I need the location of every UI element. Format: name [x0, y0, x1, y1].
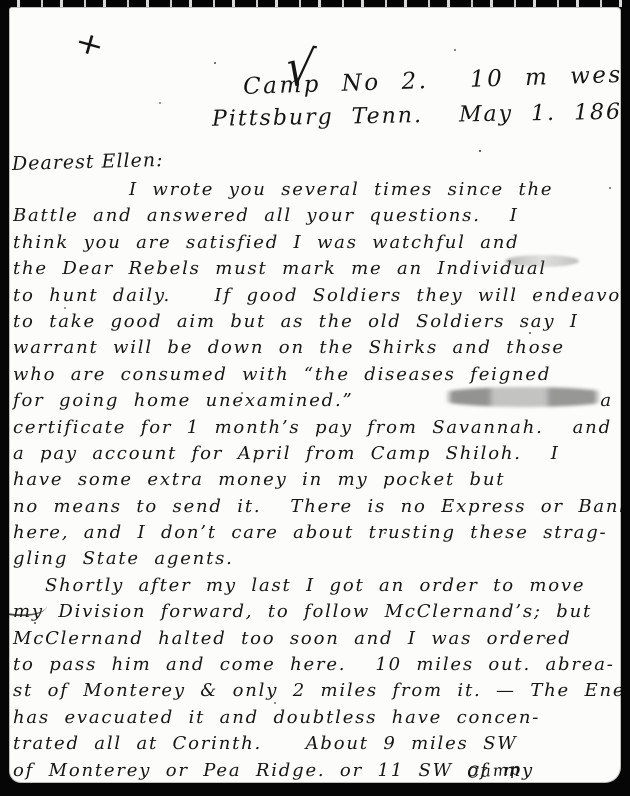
handwriting-line: certificate for 1 month’s pay from Savan…: [13, 415, 619, 441]
handwriting-line: of Monterey or Pea Ridge. or 11 SW of my: [13, 758, 619, 783]
handwriting-line: Shortly after my last I got an order to …: [13, 573, 619, 599]
scan-noise: [214, 62, 216, 64]
handwriting-line: to pass him and come here. 10 miles out.…: [13, 652, 619, 678]
letter-salutation: Dearest Ellen:: [12, 149, 164, 175]
letter-dateline-line2: Pittsburg Tenn. May 1. 1862.: [212, 99, 621, 132]
handwriting-line: Battle and answered all your questions. …: [13, 203, 619, 229]
handwriting-line: who are consumed with “the diseases feig…: [13, 362, 619, 388]
handwriting-line: to hunt daily. If good Soldiers they wil…: [13, 283, 619, 309]
handwriting-line: gling State agents.: [13, 546, 619, 572]
handwriting-line: McClernand halted too soon and I was ord…: [13, 626, 619, 652]
scanned-letter: + √ Camp No 2. 10 m west of Pittsburg Te…: [0, 0, 630, 796]
letter-footer-word: Camp: [466, 759, 522, 782]
handwriting-line: have some extra money in my pocket but: [13, 467, 619, 493]
handwriting-line: to take good aim but as the old Soldiers…: [13, 309, 619, 335]
scan-top-edge: [0, 0, 630, 7]
ink-smudge: [505, 255, 579, 267]
handwriting-line: trated all at Corinth. About 9 miles SW: [13, 731, 619, 757]
handwriting-line: here, and I don’t care about trusting th…: [13, 520, 619, 546]
letter-page: + √ Camp No 2. 10 m west of Pittsburg Te…: [9, 7, 621, 783]
ink-smudge: [430, 387, 620, 407]
handwriting-line: think you are satisfied I was watchful a…: [13, 230, 619, 256]
handwriting-line: a pay account for April from Camp Shiloh…: [13, 441, 619, 467]
letter-body: I wrote you several times since the Batt…: [13, 177, 619, 783]
handwriting-line: warrant will be down on the Shirks and t…: [13, 335, 619, 361]
handwriting-line: I wrote you several times since the: [13, 177, 619, 203]
handwriting-line: no means to send it. There is no Express…: [13, 494, 619, 520]
handwriting-line: my Division forward, to follow McClernan…: [13, 599, 619, 625]
handwriting-line: st of Monterey & only 2 miles from it. —…: [13, 678, 619, 704]
plus-mark: +: [71, 24, 108, 66]
handwriting-line: has evacuated it and doubtless have conc…: [13, 705, 619, 731]
